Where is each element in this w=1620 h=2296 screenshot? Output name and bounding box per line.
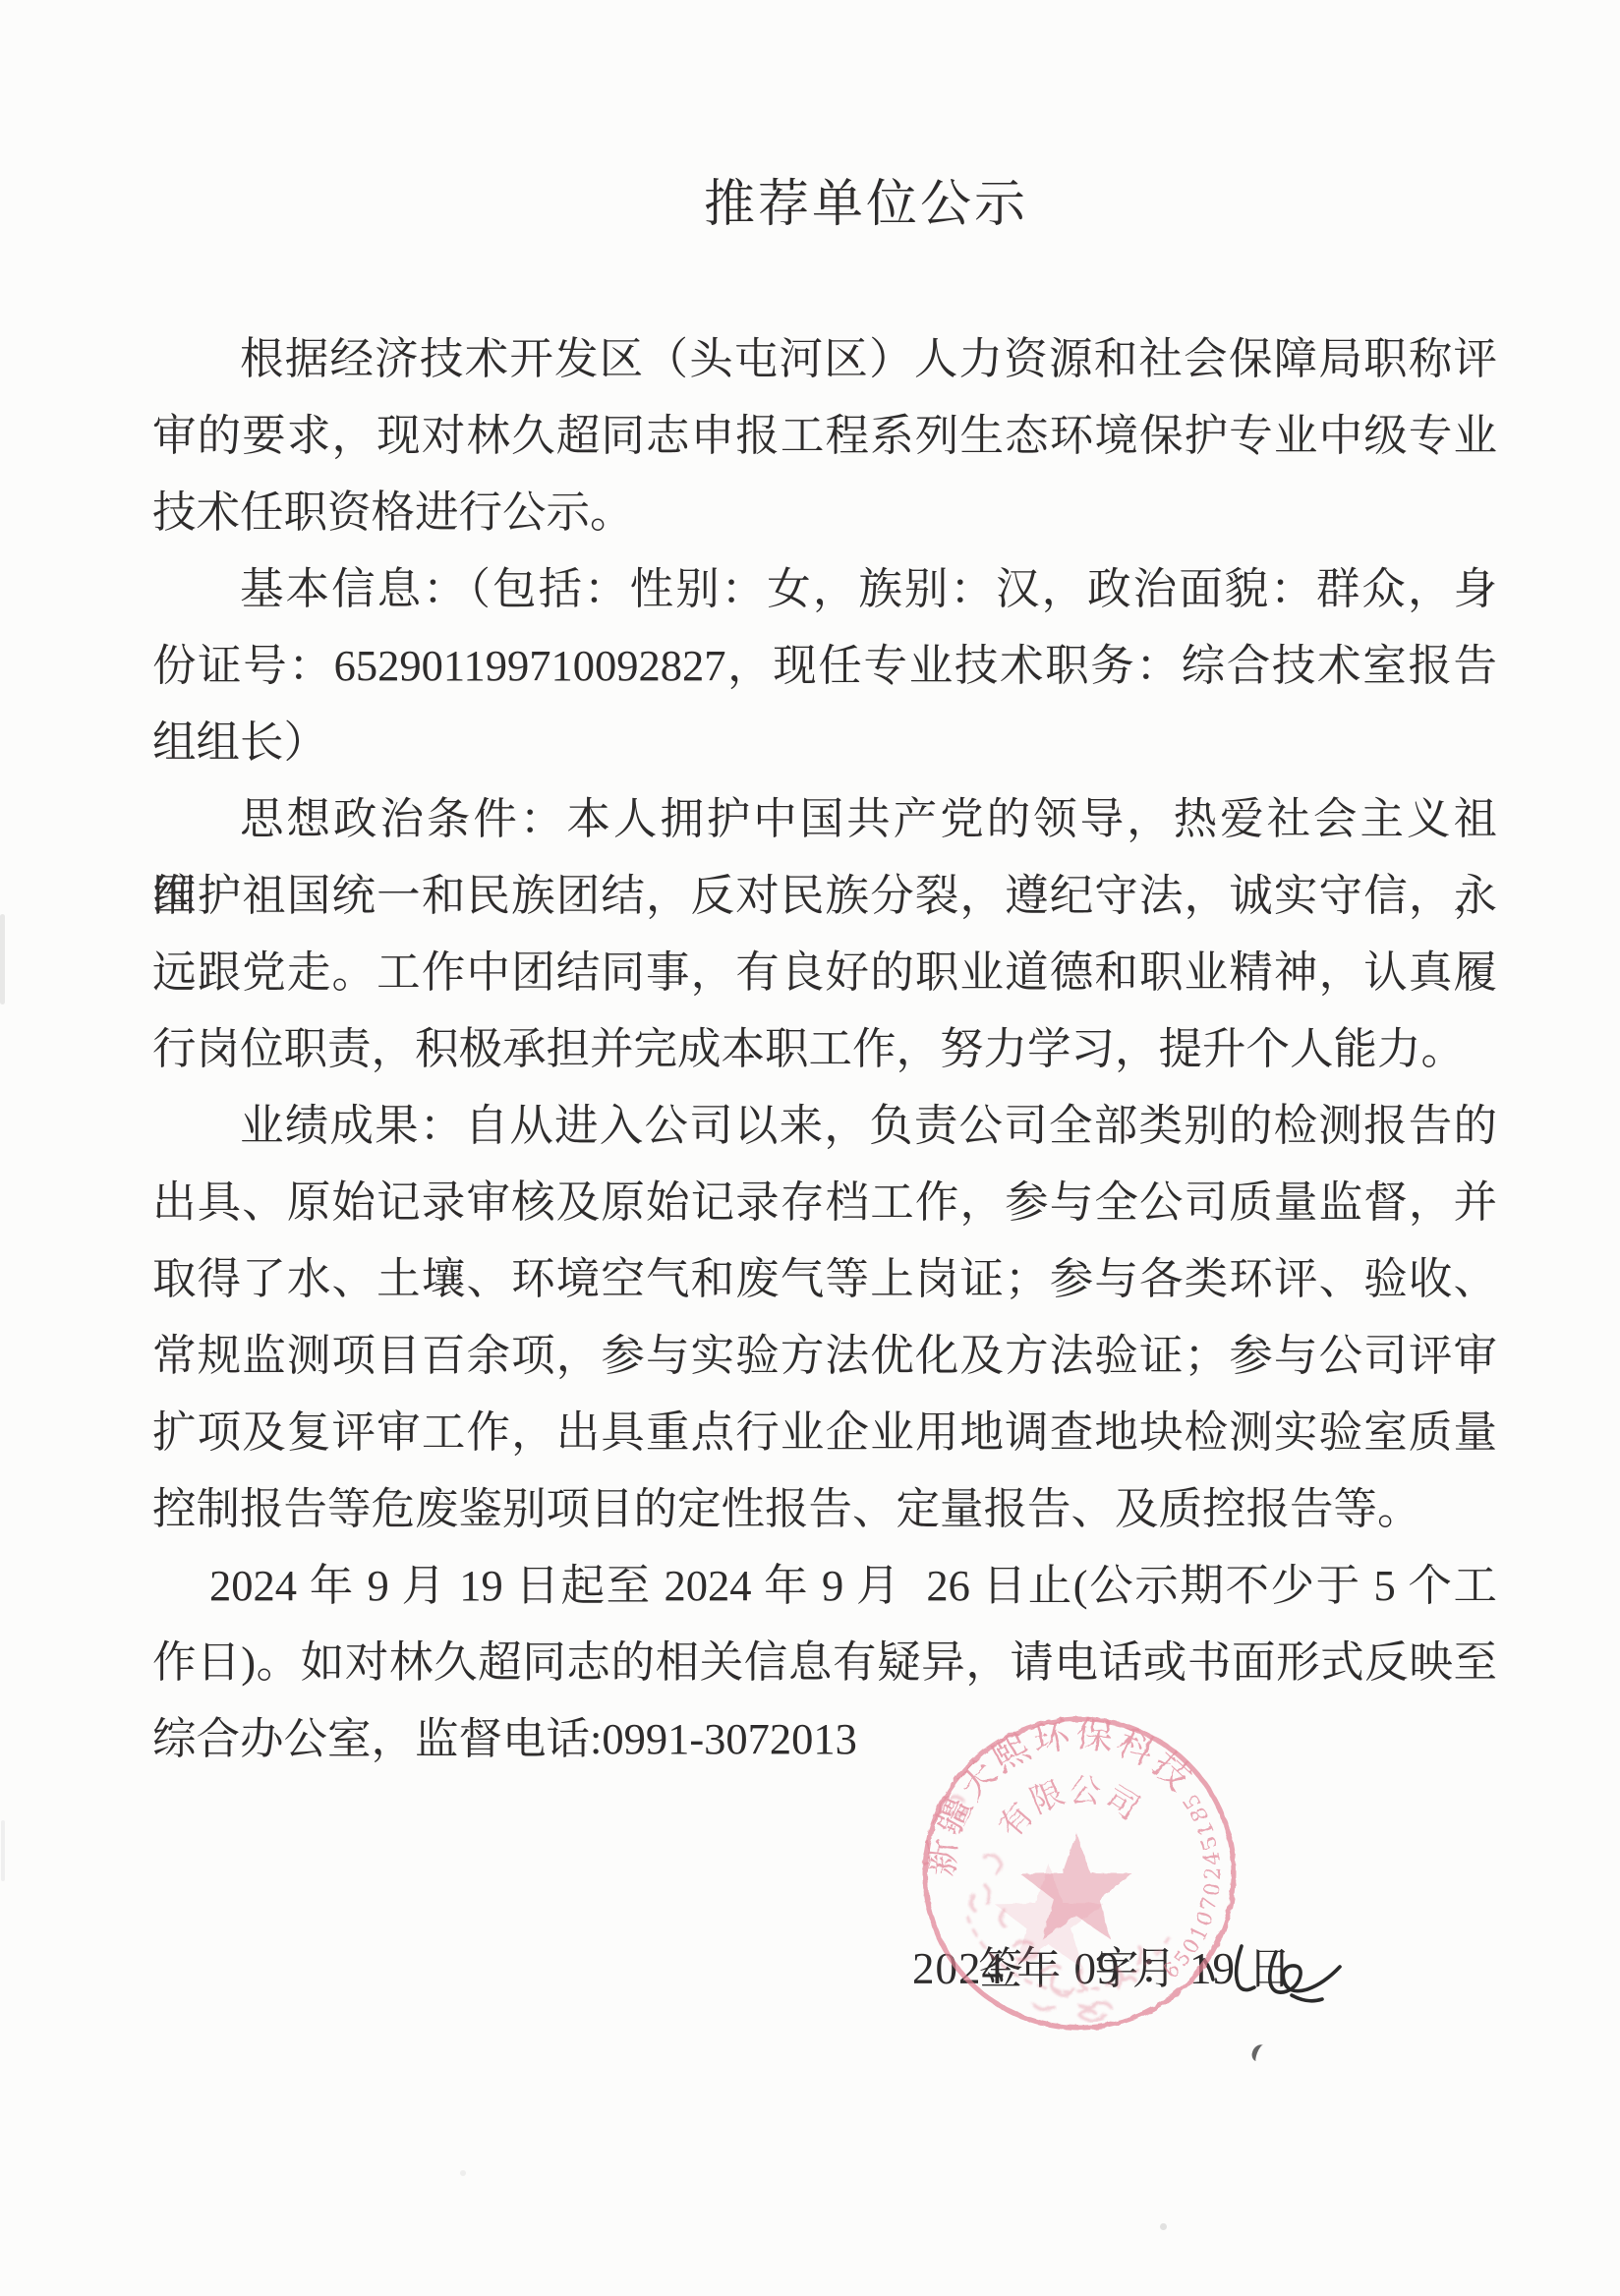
paragraph-4-line-4: 常规监测项目百余项，参与实验方法优化及方法验证；参与公司评审 [152, 1317, 1497, 1394]
paragraph-2-line-2: 份证号：652901199710092827，现任专业技术职务：综合技术室报告 [152, 627, 1497, 704]
paragraph-4-line-1: 业绩成果：自从进入公司以来，负责公司全部类别的检测报告的 [152, 1087, 1497, 1164]
paragraph-1-line-3: 技术任职资格进行公示。 [152, 474, 1497, 550]
scan-speck [460, 2170, 466, 2176]
ink-speck [1249, 2042, 1269, 2064]
body-paragraphs: 根据经济技术开发区（头屯河区）人力资源和社会保障局职称评审的要求，现对林久超同志… [152, 320, 1497, 1777]
stamp-company-inner-text: 有限公司 [992, 1773, 1146, 1845]
document-body: 根据经济技术开发区（头屯河区）人力资源和社会保障局职称评审的要求，现对林久超同志… [152, 320, 1497, 2007]
paragraph-5-line-1: 2024 年 9 月 19 日起至 2024 年 9 月 26 日止(公示期不少… [152, 1547, 1497, 1624]
paragraph-4-line-2: 出具、原始记录审核及原始记录存档工作，参与全公司质量监督，并 [152, 1164, 1497, 1240]
document-title: 推荐单位公示 [194, 167, 1538, 244]
paragraph-5-line-2: 作日)。如对林久超同志的相关信息有疑异，请电话或书面形式反映至 [152, 1624, 1497, 1700]
paragraph-1-line-1: 根据经济技术开发区（头屯河区）人力资源和社会保障局职称评 [152, 320, 1497, 397]
signature-stroke-3 [1269, 1952, 1339, 1992]
paragraph-3-line-3: 远跟党走。工作中团结同事，有良好的职业道德和职业精神，认真履 [152, 934, 1497, 1010]
scan-edge-mark [1, 1820, 5, 1881]
stamp-serial-number: 6501070245185 [1159, 1787, 1225, 1982]
blank-line [152, 1777, 1497, 1854]
paragraph-3-line-2: 维护祖国统一和民族团结，反对民族分裂，遵纪守法，诚实守信，永 [152, 857, 1497, 934]
signature-line: 签字： [152, 1854, 1497, 1930]
paragraph-4-line-6: 控制报告等危废鉴别项目的定性报告、定量报告、及质控报告等。 [152, 1470, 1497, 1547]
paragraph-2-line-1: 基本信息：（包括：性别：女，族别：汉，政治面貌：群众，身 [152, 550, 1497, 627]
company-stamp: 新疆天熙环保科技 有限公司 6501070245185 [916, 1710, 1243, 2037]
signature-stroke-4 [1292, 1995, 1322, 2001]
paragraph-5-line-3: 综合办公室，监督电话:0991-3072013 [152, 1700, 1497, 1777]
paragraph-3-line-4: 行岗位职责，积极承担并完成本职工作，努力学习，提升个人能力。 [152, 1010, 1497, 1087]
paragraph-4-line-3: 取得了水、土壤、环境空气和废气等上岗证；参与各类环评、验收、 [152, 1240, 1497, 1317]
paragraph-2-line-3: 组组长） [152, 704, 1497, 780]
paragraph-3-line-1: 思想政治条件：本人拥护中国共产党的领导，热爱社会主义祖国， [152, 780, 1497, 857]
paragraph-1-line-2: 审的要求，现对林久超同志申报工程系列生态环境保护专业中级专业 [152, 397, 1497, 474]
scan-speck [1160, 2223, 1167, 2230]
paragraph-4-line-5: 扩项及复评审工作，出具重点行业企业用地调查地块检测实验室质量 [152, 1394, 1497, 1470]
document-page: 推荐单位公示 根据经济技术开发区（头屯河区）人力资源和社会保障局职称评审的要求，… [0, 0, 1620, 2296]
scan-edge-mark [0, 914, 5, 1004]
